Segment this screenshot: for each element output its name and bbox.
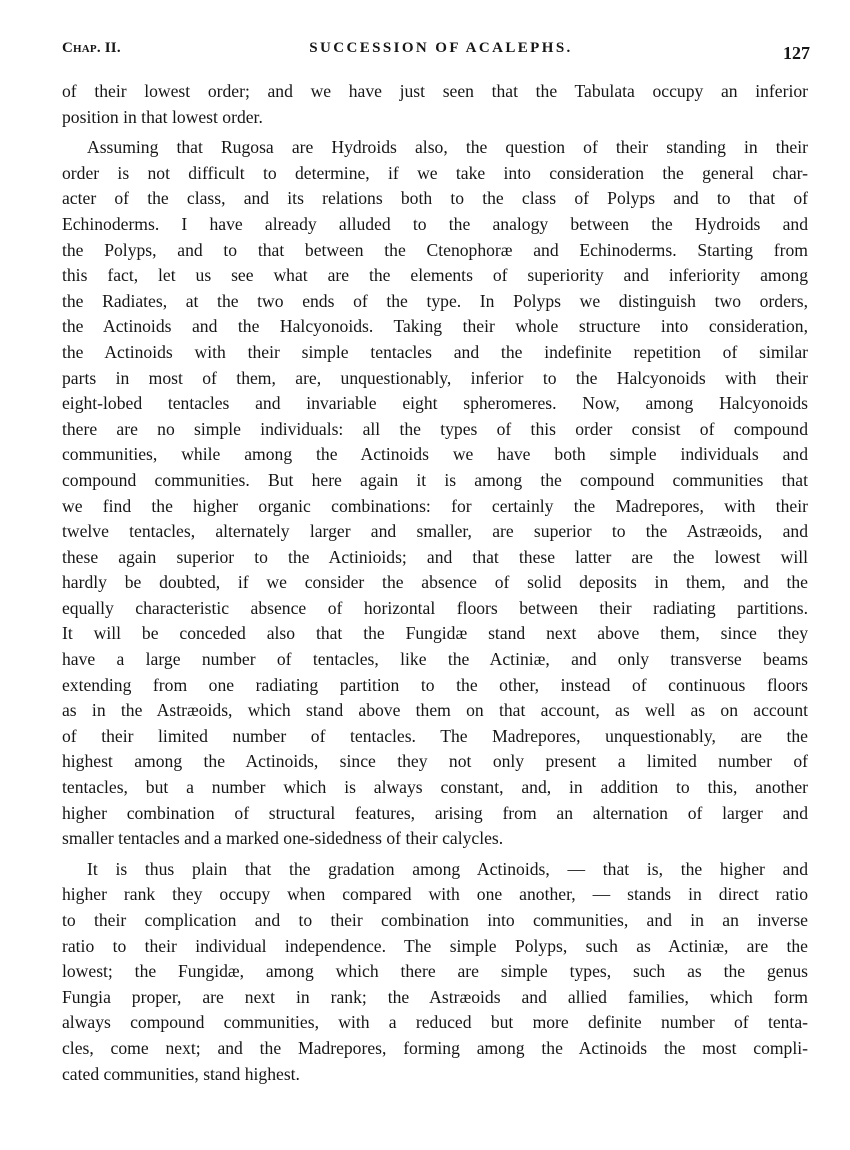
text-line: higher rank they occupy when compared wi… — [62, 882, 808, 908]
text-line: lowest; the Fungidæ, among which there a… — [62, 959, 808, 985]
text-line: communities, while among the Actinoids w… — [62, 442, 808, 468]
text-line: compound communities. But here again it … — [62, 468, 808, 494]
text-line: we find the higher organic combinations:… — [62, 494, 808, 520]
text-line: these again superior to the Actinioids; … — [62, 545, 808, 571]
text-line: the Polyps, and to that between the Cten… — [62, 238, 808, 264]
text-line: there are no simple individuals: all the… — [62, 417, 808, 443]
paragraph: Assuming that Rugosa are Hydroids also, … — [62, 135, 808, 852]
text-line: equally characteristic absence of horizo… — [62, 596, 808, 622]
running-head: Chap. II. SUCCESSION OF ACALEPHS. 127 — [62, 34, 808, 64]
text-line: Echinoderms. I have already alluded to t… — [62, 212, 808, 238]
text-line: as in the Astræoids, which stand above t… — [62, 698, 808, 724]
text-line: the Radiates, at the two ends of the typ… — [62, 289, 808, 315]
paragraph: of their lowest order; and we have just … — [62, 79, 808, 130]
text-line: Assuming that Rugosa are Hydroids also, … — [62, 135, 808, 161]
paragraph: It is thus plain that the gradation amon… — [62, 857, 808, 1087]
text-line: ratio to their individual independence. … — [62, 934, 808, 960]
text-line: Fungia proper, are next in rank; the Ast… — [62, 985, 808, 1011]
text-line: parts in most of them, are, unquestionab… — [62, 366, 808, 392]
text-line: the Actinoids with their simple tentacle… — [62, 340, 808, 366]
text-line: this fact, let us see what are the eleme… — [62, 263, 808, 289]
running-title: SUCCESSION OF ACALEPHS. — [62, 40, 808, 57]
text-line: cated communities, stand highest. — [62, 1062, 808, 1088]
text-line: higher combination of structural feature… — [62, 801, 808, 827]
body-text: of their lowest order; and we have just … — [62, 79, 808, 1087]
text-line: position in that lowest order. — [62, 105, 808, 131]
text-line: It is thus plain that the gradation amon… — [62, 857, 808, 883]
text-line: twelve tentacles, alternately larger and… — [62, 519, 808, 545]
text-line: always compound communities, with a redu… — [62, 1010, 808, 1036]
text-line: highest among the Actinoids, since they … — [62, 749, 808, 775]
text-line: the Actinoids and the Halcyonoids. Takin… — [62, 314, 808, 340]
text-line: of their limited number of tentacles. Th… — [62, 724, 808, 750]
text-line: to their complication and to their combi… — [62, 908, 808, 934]
text-line: have a large number of tentacles, like t… — [62, 647, 808, 673]
text-line: order is not difficult to determine, if … — [62, 161, 808, 187]
text-line: eight-lobed tentacles and invariable eig… — [62, 391, 808, 417]
text-line: hardly be doubted, if we consider the ab… — [62, 570, 808, 596]
page-number: 127 — [783, 43, 810, 64]
text-line: extending from one radiating partition t… — [62, 673, 808, 699]
text-line: acter of the class, and its relations bo… — [62, 186, 808, 212]
text-line: It will be conceded also that the Fungid… — [62, 621, 808, 647]
text-line: cles, come next; and the Madrepores, for… — [62, 1036, 808, 1062]
text-line: of their lowest order; and we have just … — [62, 79, 808, 105]
text-line: tentacles, but a number which is always … — [62, 775, 808, 801]
text-line: smaller tentacles and a marked one-sided… — [62, 826, 808, 852]
